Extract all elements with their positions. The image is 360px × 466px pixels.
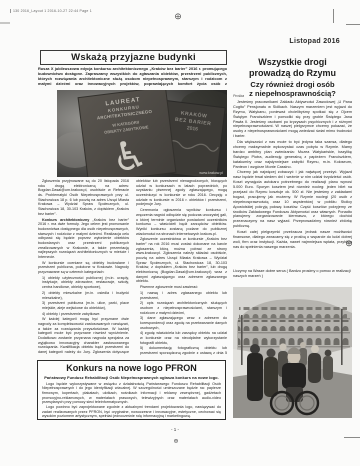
page-date-header: Listopad 2016 xyxy=(233,38,340,45)
article-subtitle-rome-line1: Czy również drogi osób xyxy=(233,80,352,89)
article-body-rome: Jesteśmy pracownikami Zakładu Aktywności… xyxy=(233,100,352,267)
crop-mark-top-right-h xyxy=(346,24,360,25)
paragraph-bold-leadin: Konkurs architektoniczny xyxy=(42,218,89,222)
deadline-pre: Projekty należy przesłać w nieprzekracza… xyxy=(46,419,136,420)
article-title-rome-line2: prowadzą do Rzymu xyxy=(233,68,352,79)
pfron-contest-box: Konkurs na nowe logo PFRON Państwowy Fun… xyxy=(37,360,226,420)
paragraph: Chcemy jak najwięcej zobaczyć i jak najw… xyxy=(233,170,352,229)
article-subtitle-rome-line2: z niepełnosprawnością? xyxy=(233,89,352,98)
headline-box-buildings: Wskażą przyjazne budynki xyxy=(40,50,227,65)
list-item: 1) obiekty użyteczności publicznej (m.in… xyxy=(38,276,129,290)
lamp-post xyxy=(341,309,343,365)
wheelchair-icon: ♿ xyxy=(109,132,150,177)
paragraph: Pisemne zgłoszenie musi zawierać: xyxy=(136,285,227,290)
registration-mark-top-icon: ⨁ xyxy=(175,14,181,20)
article-lead-pfron: Państwowy Fundusz Rehabilitacji Osób Nie… xyxy=(42,375,221,380)
list-item: 1) nazwę i adres zgłaszanego obiektu lub… xyxy=(136,291,227,300)
crop-dash-bottom-right xyxy=(344,437,360,438)
list-item: 2) opis rozwiązań architektonicznych słu… xyxy=(136,301,227,315)
paragraph: Dla większości z nas może to być jedyna … xyxy=(233,140,352,169)
main-plaque: LAUREAT KONKURSU ARCHITEKTONICZNEGO W KA… xyxy=(78,90,176,177)
article-title-rome-line1: Wszystkie drogi xyxy=(233,57,352,68)
crop-dash-left xyxy=(0,22,10,24)
lamp-post xyxy=(241,315,243,365)
colosseum-group-illustration xyxy=(233,287,352,418)
list-item: 4) zgodę właściciela lub zarządcy obiekt… xyxy=(136,331,227,345)
rome-pilgrimage-photo xyxy=(233,287,352,418)
print-slug: 130 2016_Layout 1 2016-10-27 22:44 Page … xyxy=(10,9,92,13)
list-item: 4) obiekty i przestrzenie zabytkowe. xyxy=(38,312,129,317)
deadline-post: (decyduje data wpływu). xyxy=(176,419,217,420)
paragraph: Logo powinno być zaprojektowane zgodnie … xyxy=(42,405,221,419)
paragraph: Ceremonia ogłoszenia wyników konkursu i … xyxy=(136,208,227,236)
list-item: 3) przestrzeń publiczna (m.in. ulice, pa… xyxy=(38,301,129,310)
paragraph: Zgłoszenia przyjmowane są do 20 listopad… xyxy=(38,179,129,217)
article-byline-rome: Prośba xyxy=(233,94,244,98)
headline-rome: Wszystkie drogi prowadzą do Rzymu Czy ró… xyxy=(233,57,352,98)
paragraph: Projekty należy przesłać w nieprzekracza… xyxy=(42,419,221,420)
paragraph-text: „Kraków bez barier” 2016 r. ma dwie form… xyxy=(38,218,129,260)
article-body-buildings: Zgłoszenia przyjmowane są do 20 listopad… xyxy=(38,179,227,358)
article-lead-buildings: Rusza X jubileuszowa edycja konkursu arc… xyxy=(38,66,227,88)
award-plaque-illustration: KRAKÓW BEZ BARIER 2016 LAUREAT KONKURSU … xyxy=(57,90,227,177)
article-title-buildings: Wskażą przyjazne budynki xyxy=(71,52,196,63)
article-title-pfron: Konkurs na nowe logo PFRON xyxy=(42,363,221,373)
paragraph: Zgłoszenie uczestnictwa w konkursie „Kra… xyxy=(136,237,227,284)
registration-mark-bottom-icon: ⨁ xyxy=(174,438,178,444)
photo-watermark: www.krakow.pl xyxy=(199,171,223,175)
list-item: 3) dane zgłaszającego wraz z adresem do … xyxy=(136,316,227,330)
paragraph: Jesteśmy pracownikami Zakładu Aktywności… xyxy=(233,100,352,139)
list-item: 2) obiekty mieszkalne (m.in. osiedla i b… xyxy=(38,291,129,300)
scanned-newspaper-page: { "page": { "slug": "130 2016_Layout 1 2… xyxy=(0,0,360,466)
award-plaque-photo: KRAKÓW BEZ BARIER 2016 LAUREAT KONKURSU … xyxy=(57,90,227,177)
paragraph: Konkurs architektoniczny „Kraków bez bar… xyxy=(38,218,129,260)
paragraph: W konkursie oceniane są obiekty budowlan… xyxy=(38,261,129,275)
donation-appeal: Liczymy na Wasze dobre serca ( Bardzo pr… xyxy=(233,269,352,279)
page-number: - 1 - xyxy=(160,427,190,432)
deadline-date: do 18 listopada 2016 r. xyxy=(136,419,175,420)
crop-mark-top-right-v xyxy=(333,9,334,23)
paragraph: Koszt całej pielgrzymki przekracza jedna… xyxy=(233,230,352,250)
paragraph: Logo będzie wykorzystywane w związku z d… xyxy=(42,382,221,405)
